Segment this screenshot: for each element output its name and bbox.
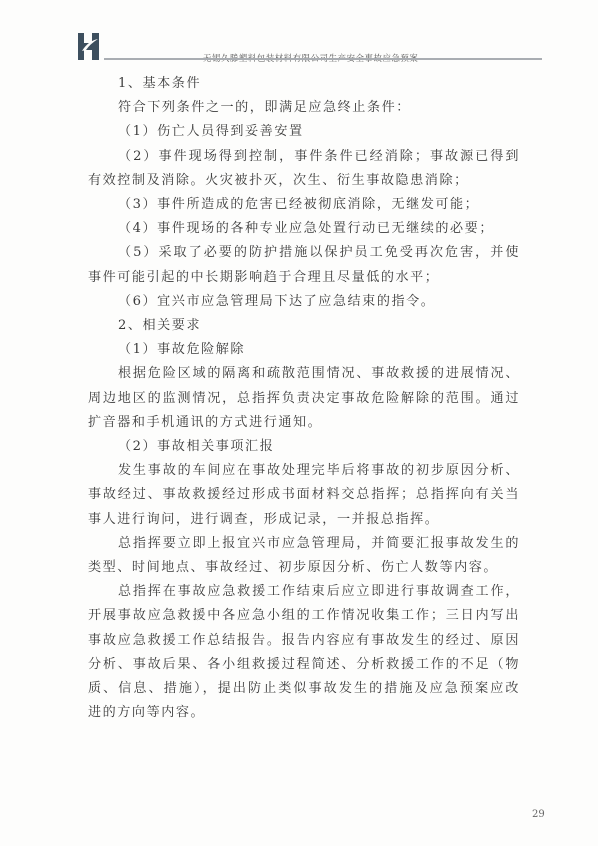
list-item: （6）宜兴市应急管理局下达了应急结束的指令。 — [88, 290, 520, 314]
page-number: 29 — [532, 809, 545, 820]
paragraph: 总指挥要立即上报宜兴市应急管理局，并简要汇报事故发生的类型、时间地点、事故经过、… — [88, 532, 520, 580]
section-heading-basic-conditions: 1、基本条件 — [88, 72, 520, 96]
subsection-heading: （1）事故危险解除 — [88, 338, 520, 362]
document-body: 1、基本条件 符合下列条件之一的，即满足应急终止条件： （1）伤亡人员得到妥善安… — [88, 72, 520, 725]
subsection-heading: （2）事故相关事项汇报 — [88, 435, 520, 459]
section-heading-requirements: 2、相关要求 — [88, 314, 520, 338]
paragraph: 符合下列条件之一的，即满足应急终止条件： — [88, 96, 520, 120]
list-item: （3）事件所造成的危害已经被彻底消除，无继发可能； — [88, 193, 520, 217]
company-h-logo-icon — [78, 33, 99, 60]
list-item: （5）采取了必要的防护措施以保护员工免受再次危害，并使事件可能引起的中长期影响趋… — [88, 241, 520, 289]
list-item: （2）事件现场得到控制，事件条件已经消除；事故源已得到有效控制及消除。火灾被扑灭… — [88, 145, 520, 193]
paragraph: 根据危险区域的隔离和疏散范围情况、事故救援的进展情况、周边地区的监测情况，总指挥… — [88, 362, 520, 435]
paragraph: 发生事故的车间应在事故处理完毕后将事故的初步原因分析、事故经过、事故救援经过形成… — [88, 459, 520, 532]
list-item: （4）事件现场的各种专业应急处置行动已无继续的必要； — [88, 217, 520, 241]
paragraph: 总指挥在事故应急救援工作结束后应立即进行事故调查工作，开展事故应急救援中各应急小… — [88, 580, 520, 725]
list-item: （1）伤亡人员得到妥善安置 — [88, 120, 520, 144]
header-divider — [104, 58, 542, 60]
